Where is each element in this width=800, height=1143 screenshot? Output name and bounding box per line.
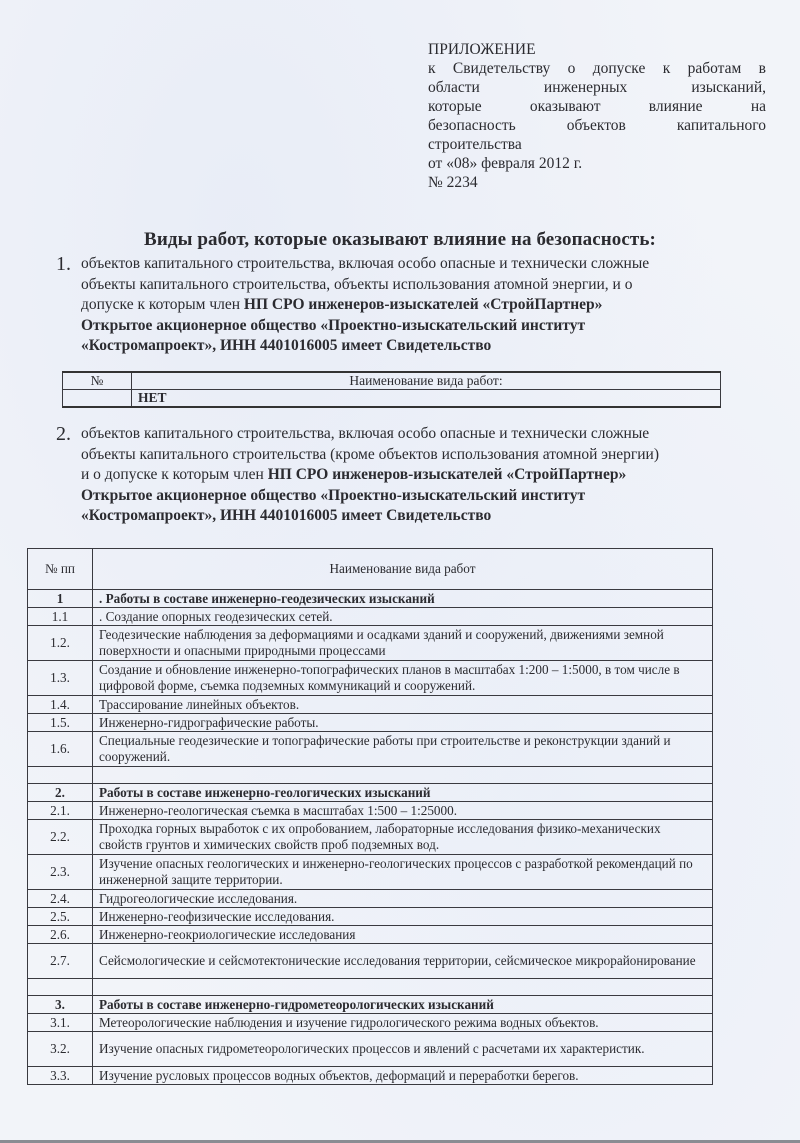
cell-work-name: Сейсмологические и сейсмотектонические и… — [93, 944, 713, 979]
table-row: 1.2. Геодезические наблюдения за деформа… — [28, 626, 713, 661]
header-work-name: Наименование вида работ — [93, 549, 713, 590]
table-row: 1.3. Создание и обновление инженерно-топ… — [28, 661, 713, 696]
section-1: 1. объектов капитального строительства, … — [56, 254, 776, 357]
cell-work-name: Специальные геодезические и топографичес… — [93, 732, 713, 767]
company-line: «Костромапроект», ИНН 4401016005 имеет С… — [81, 506, 776, 527]
cell-number: 2.5. — [28, 908, 93, 926]
cell-work-name: Инженерно-геофизические исследования. — [93, 908, 713, 926]
table-row: 1.5. Инженерно-гидрографические работы. — [28, 714, 713, 732]
cell-work-name: Создание и обновление инженерно-топограф… — [93, 661, 713, 696]
cell-work-name: . Создание опорных геодезических сетей. — [93, 608, 713, 626]
cell-work-name: Трассирование линейных объектов. — [93, 696, 713, 714]
cell-work-name: Работы в составе инженерно-гидрометеорол… — [93, 996, 713, 1014]
section-text: и о допуске к которым член — [81, 466, 268, 483]
cell-work-name — [93, 979, 713, 996]
company-line: Открытое акционерное общество «Проектно-… — [81, 316, 776, 337]
cell-work-name: Гидрогеологические исследования. — [93, 890, 713, 908]
table-row: 2.2. Проходка горных выработок с их опро… — [28, 820, 713, 855]
cell-number: 1.1 — [28, 608, 93, 626]
table-row-group: 3. Работы в составе инженерно-гидрометео… — [28, 996, 713, 1014]
table-row: 1.1 . Создание опорных геодезических сет… — [28, 608, 713, 626]
cell-number: 1.4. — [28, 696, 93, 714]
table-row-spacer — [28, 979, 713, 996]
organization-name: НП СРО инженеров-изыскателей «СтройПартн… — [244, 296, 603, 313]
cell-work-name: Изучение русловых процессов водных объек… — [93, 1067, 713, 1085]
header-number: № пп — [28, 549, 93, 590]
cell-number: 2.6. — [28, 926, 93, 944]
company-line: «Костромапроект», ИНН 4401016005 имеет С… — [81, 336, 776, 357]
company-line: Открытое акционерное общество «Проектно-… — [81, 486, 776, 507]
cell-number: 3.1. — [28, 1014, 93, 1032]
appendix-line: строительства — [428, 135, 766, 154]
organization-name: НП СРО инженеров-изыскателей «СтройПартн… — [268, 466, 627, 483]
appendix-header: ПРИЛОЖЕНИЕ к Свидетельству о допуске к р… — [428, 40, 766, 192]
cell-work-name: Инженерно-геологическая съемка в масштаб… — [93, 802, 713, 820]
table-header-row: № пп Наименование вида работ — [28, 549, 713, 590]
table-row: 2.3. Изучение опасных геологических и ин… — [28, 855, 713, 890]
cell-work-name: . Работы в составе инженерно-геодезическ… — [93, 590, 713, 608]
table-row: 3.3. Изучение русловых процессов водных … — [28, 1067, 713, 1085]
cell-number: 1.5. — [28, 714, 93, 732]
table-row: 2.7. Сейсмологические и сейсмотектоничес… — [28, 944, 713, 979]
section-number: 1. — [56, 254, 71, 275]
section-line: и о допуске к которым член НП СРО инжене… — [81, 465, 776, 486]
scanned-page: ПРИЛОЖЕНИЕ к Свидетельству о допуске к р… — [0, 0, 800, 1143]
appendix-line: области инженерных изысканий, — [428, 78, 766, 97]
table-row: 3.1. Метеорологические наблюдения и изуч… — [28, 1014, 713, 1032]
appendix-line: которые оказывают влияние на — [428, 97, 766, 116]
cell-work-name: НЕТ — [132, 390, 721, 408]
table-row-group: 2. Работы в составе инженерно-геологичес… — [28, 784, 713, 802]
cell-number: 1 — [28, 590, 93, 608]
cell-number: 1.3. — [28, 661, 93, 696]
cell-number: 1.6. — [28, 732, 93, 767]
table-row: 1.6. Специальные геодезические и топогра… — [28, 732, 713, 767]
table-row: НЕТ — [63, 390, 721, 408]
cell-number: 2.1. — [28, 802, 93, 820]
appendix-number: № 2234 — [428, 173, 766, 192]
cell-work-name: Проходка горных выработок с их опробован… — [93, 820, 713, 855]
document-title: Виды работ, которые оказывают влияние на… — [0, 228, 800, 252]
section-text: допуске к которым член — [81, 296, 244, 313]
cell-number: 2.3. — [28, 855, 93, 890]
cell-work-name: Инженерно-геокриологические исследования — [93, 926, 713, 944]
section-line: объектов капитального строительства, вкл… — [81, 424, 776, 445]
cell-number — [63, 390, 132, 408]
section-2: 2. объектов капитального строительства, … — [56, 424, 776, 527]
cell-number — [28, 767, 93, 784]
appendix-heading: ПРИЛОЖЕНИЕ — [428, 40, 766, 59]
table-row: 2.1. Инженерно-геологическая съемка в ма… — [28, 802, 713, 820]
appendix-date: от «08» февраля 2012 г. — [428, 154, 766, 173]
cell-number: 1.2. — [28, 626, 93, 661]
section-body: объектов капитального строительства, вкл… — [81, 254, 776, 357]
table-header-row: № Наименование вида работ: — [63, 372, 721, 390]
table-row: 3.2. Изучение опасных гидрометеорологиче… — [28, 1032, 713, 1067]
section-line: объектов капитального строительства, вкл… — [81, 254, 776, 275]
table-row-group: 1 . Работы в составе инженерно-геодезиче… — [28, 590, 713, 608]
header-work-name: Наименование вида работ: — [132, 372, 721, 390]
table-row: 2.5. Инженерно-геофизические исследовани… — [28, 908, 713, 926]
cell-work-name: Работы в составе инженерно-геологических… — [93, 784, 713, 802]
section-line: объекты капитального строительства (кром… — [81, 445, 776, 466]
cell-number: 2.4. — [28, 890, 93, 908]
cell-work-name: Геодезические наблюдения за деформациями… — [93, 626, 713, 661]
cell-number: 3. — [28, 996, 93, 1014]
appendix-line: безопасность объектов капитального — [428, 116, 766, 135]
cell-number: 3.2. — [28, 1032, 93, 1067]
cell-number: 2. — [28, 784, 93, 802]
works-table-1: № Наименование вида работ: НЕТ — [62, 371, 721, 408]
cell-work-name: Изучение опасных гидрометеорологических … — [93, 1032, 713, 1067]
cell-number: 2.2. — [28, 820, 93, 855]
section-line: допуске к которым член НП СРО инженеров-… — [81, 295, 776, 316]
cell-work-name: Метеорологические наблюдения и изучение … — [93, 1014, 713, 1032]
table-row: 2.6. Инженерно-геокриологические исследо… — [28, 926, 713, 944]
cell-number: 3.3. — [28, 1067, 93, 1085]
header-number: № — [63, 372, 132, 390]
section-line: объекты капитального строительства, объе… — [81, 275, 776, 296]
section-number: 2. — [56, 424, 71, 445]
works-table-2: № пп Наименование вида работ 1 . Работы … — [27, 548, 713, 1085]
cell-work-name — [93, 767, 713, 784]
appendix-line: к Свидетельству о допуске к работам в — [428, 59, 766, 78]
cell-work-name: Изучение опасных геологических и инженер… — [93, 855, 713, 890]
cell-number: 2.7. — [28, 944, 93, 979]
cell-work-name: Инженерно-гидрографические работы. — [93, 714, 713, 732]
cell-number — [28, 979, 93, 996]
table-row: 2.4. Гидрогеологические исследования. — [28, 890, 713, 908]
table-row-spacer — [28, 767, 713, 784]
table-row: 1.4. Трассирование линейных объектов. — [28, 696, 713, 714]
section-body: объектов капитального строительства, вкл… — [81, 424, 776, 527]
